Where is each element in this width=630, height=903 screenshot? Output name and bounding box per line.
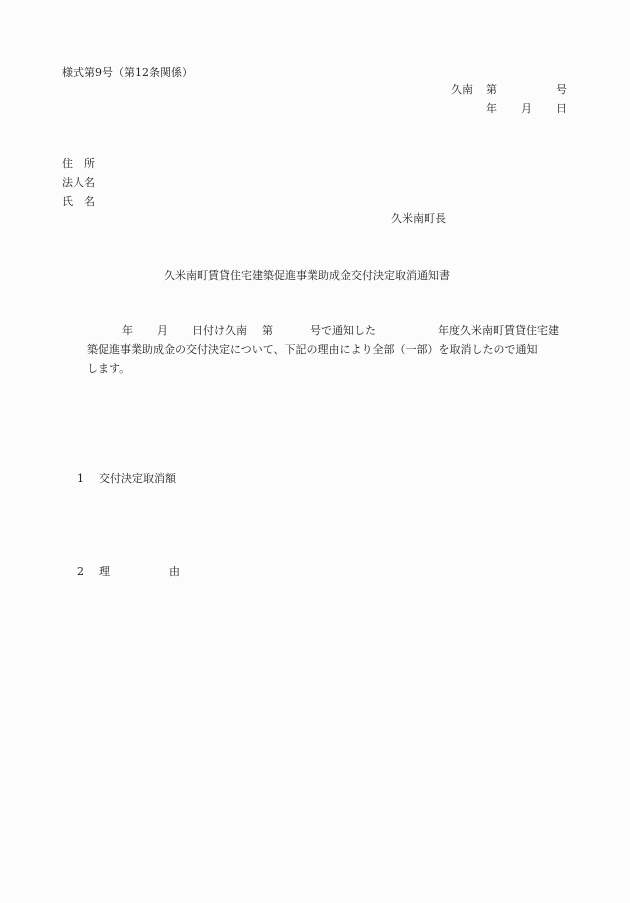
body-month: 月 (157, 325, 168, 336)
name-label: 氏 名 (62, 196, 95, 207)
item-2-label-first: 理 (99, 566, 110, 577)
body-day-ref: 日付け久南 (192, 325, 247, 336)
address-label: 住 所 (62, 158, 95, 169)
item-2-label-last: 由 (169, 566, 180, 577)
date-month: 月 (521, 103, 532, 114)
reference-prefix: 久南 (451, 84, 473, 95)
form-label: 様式第9号（第12条関係） (62, 67, 193, 78)
body-fiscal: 年度久米南町賃貸住宅建 (438, 325, 559, 336)
document-title: 久米南町賃貸住宅建築促進事業助成金交付決定取消通知書 (164, 270, 450, 281)
date-year: 年 (486, 103, 497, 114)
body-gou: 号で通知した (310, 325, 376, 336)
body-dai: 第 (262, 325, 273, 336)
item-1-number: 1 (77, 473, 84, 484)
corporation-label: 法人名 (62, 177, 95, 188)
item-1-label: 交付決定取消額 (99, 473, 176, 484)
date-day: 日 (556, 103, 567, 114)
item-2-number: 2 (77, 566, 84, 577)
document-page: 様式第9号（第12条関係） 久南 第 号 年 月 日 住 所 法人名 氏 名 久… (0, 0, 630, 903)
body-line-3: します。 (87, 363, 130, 374)
body-line-2: 築促進事業助成金の交付決定について、下記の理由により全部（一部）を取消したので通… (87, 344, 538, 355)
issuer: 久米南町長 (391, 213, 446, 224)
reference-dai: 第 (486, 84, 497, 95)
body-year: 年 (122, 325, 133, 336)
reference-gou: 号 (556, 84, 567, 95)
